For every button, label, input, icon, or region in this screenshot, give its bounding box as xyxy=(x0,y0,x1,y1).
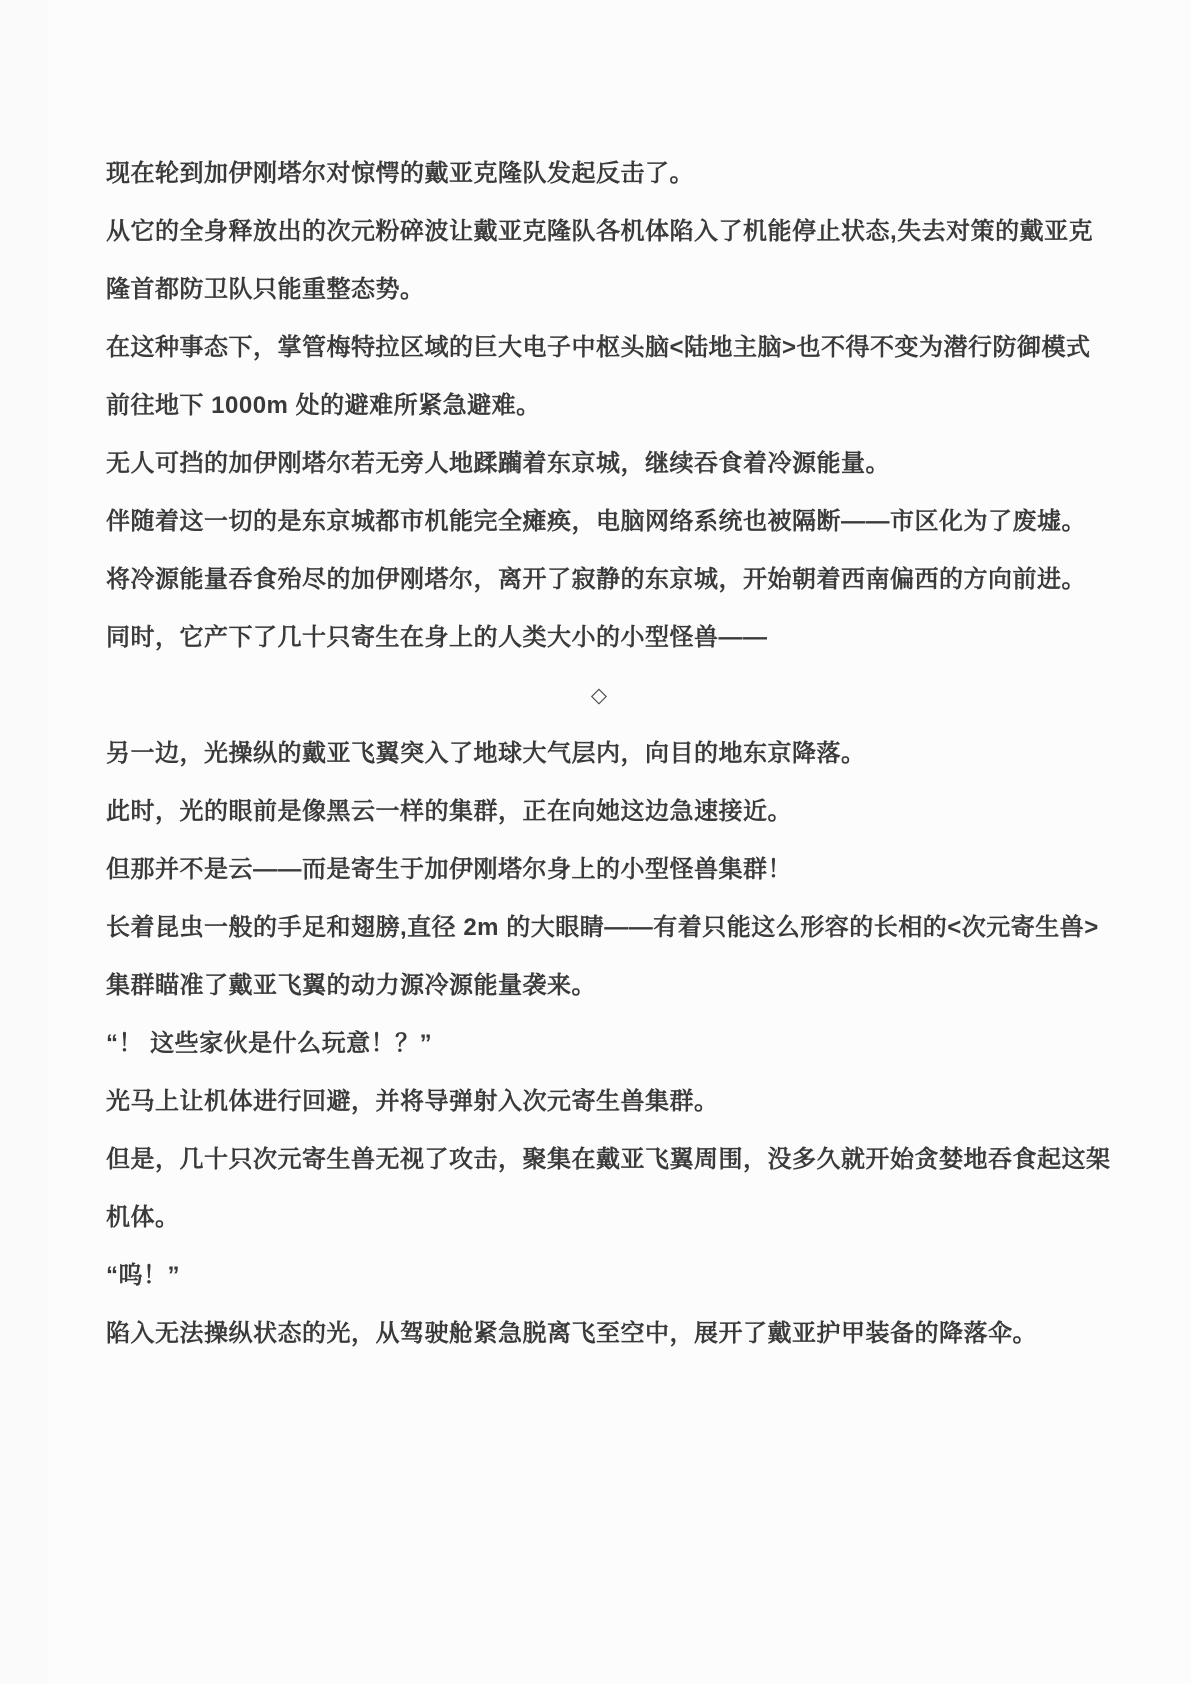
text-line: 陷入无法操纵状态的光，从驾驶舱紧急脱离飞至空中，展开了戴亚护甲装备的降落伞。 xyxy=(106,1305,1092,1363)
text-line: 隆首都防卫队只能重整态势。 xyxy=(106,261,1092,319)
text-line: 另一边，光操纵的戴亚飞翼突入了地球大气层内，向目的地东京降落。 xyxy=(106,725,1092,783)
text-line: 现在轮到加伊刚塔尔对惊愕的戴亚克隆队发起反击了。 xyxy=(106,145,1092,203)
text-line: 前往地下 1000m 处的避难所紧急避难。 xyxy=(106,377,1092,435)
text-line: 但那并不是云——而是寄生于加伊刚塔尔身上的小型怪兽集群！ xyxy=(106,841,1092,899)
text-line: 机体。 xyxy=(106,1189,1092,1247)
text-line: 伴随着这一切的是东京城都市机能完全瘫痪，电脑网络系统也被隔断——市区化为了废墟。 xyxy=(106,493,1092,551)
text-line: 光马上让机体进行回避，并将导弹射入次元寄生兽集群。 xyxy=(106,1073,1092,1131)
text-block: 现在轮到加伊刚塔尔对惊愕的戴亚克隆队发起反击了。 从它的全身释放出的次元粉碎波让… xyxy=(106,145,1092,1363)
text-line: 在这种事态下，掌管梅特拉区域的巨大电子中枢头脑<陆地主脑>也不得不变为潜行防御模… xyxy=(106,319,1092,377)
text-line: 同时，它产下了几十只寄生在身上的人类大小的小型怪兽—— xyxy=(106,609,1092,667)
novel-page: 现在轮到加伊刚塔尔对惊愕的戴亚克隆队发起反击了。 从它的全身释放出的次元粉碎波让… xyxy=(0,0,1191,1684)
text-line: 此时，光的眼前是像黑云一样的集群，正在向她这边急速接近。 xyxy=(106,783,1092,841)
text-line: 长着昆虫一般的手足和翅膀,直径 2m 的大眼睛——有着只能这么形容的长相的<次元… xyxy=(106,899,1092,957)
text-line: 无人可挡的加伊刚塔尔若无旁人地蹂躏着东京城，继续吞食着冷源能量。 xyxy=(106,435,1092,493)
dialogue-line: “呜！” xyxy=(106,1247,1092,1305)
section-divider-diamond-icon: ◇ xyxy=(106,667,1092,725)
text-line: 将冷源能量吞食殆尽的加伊刚塔尔，离开了寂静的东京城，开始朝着西南偏西的方向前进。 xyxy=(106,551,1092,609)
text-line: 从它的全身释放出的次元粉碎波让戴亚克隆队各机体陷入了机能停止状态,失去对策的戴亚… xyxy=(106,203,1092,261)
text-line: 集群瞄准了戴亚飞翼的动力源冷源能量袭来。 xyxy=(106,957,1092,1015)
text-line: 但是，几十只次元寄生兽无视了攻击，聚集在戴亚飞翼周围，没多久就开始贪婪地吞食起这… xyxy=(106,1131,1092,1189)
dialogue-line: “！ 这些家伙是什么玩意！？” xyxy=(106,1015,1092,1073)
